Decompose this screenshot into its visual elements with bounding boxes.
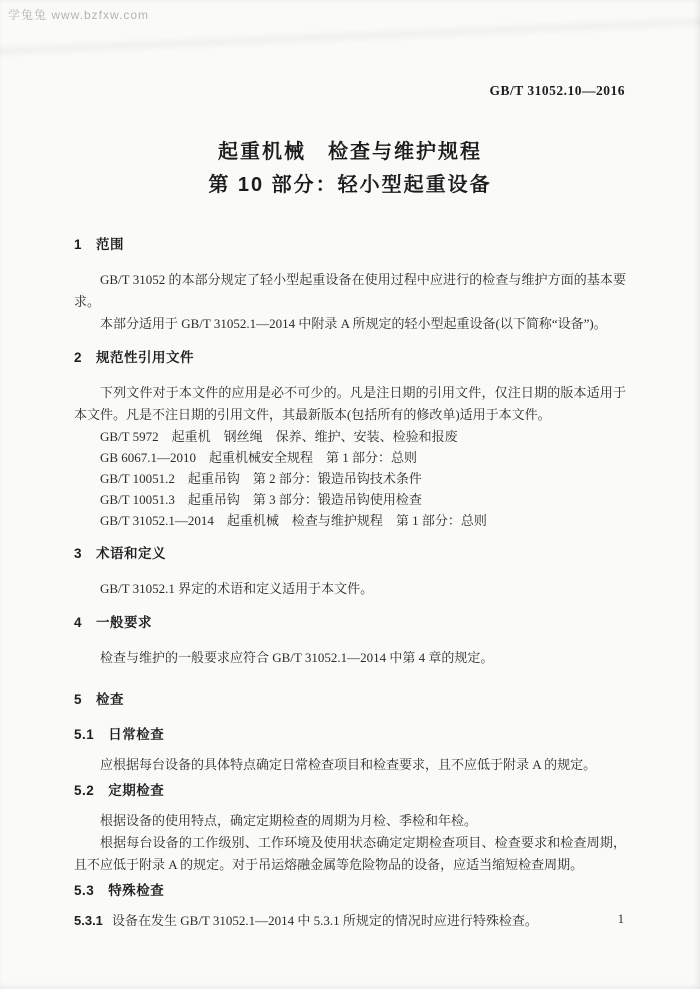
paragraph: 应根据每台设备的具体特点确定日常检查项目和检查要求，且不应低于附录 A 的规定。: [74, 754, 626, 776]
document-title: 起重机械 检查与维护规程 第 10 部分：轻小型起重设备: [0, 136, 700, 202]
subsection-heading-5-3-special: 5.3 特殊检查: [74, 880, 626, 902]
watermark: 学兔兔 www.bzfxw.com: [8, 6, 149, 23]
standard-number: GB/T 31052.10—2016: [489, 83, 625, 99]
clause-5-3-1: 5.3.1设备在发生 GB/T 31052.1—2014 中 5.3.1 所规定…: [74, 910, 626, 932]
document-body: 1 范围 GB/T 31052 的本部分规定了轻小型起重设备在使用过程中应进行的…: [74, 230, 626, 932]
document-title-line1: 起重机械 检查与维护规程: [0, 136, 700, 169]
document-title-line2: 第 10 部分：轻小型起重设备: [0, 169, 700, 202]
subsection-heading-5-2-periodic: 5.2 定期检查: [74, 780, 626, 802]
paragraph: 根据每台设备的工作级别、工作环境及使用状态确定定期检查项目、检查要求和检查周期，…: [74, 832, 626, 876]
page-number: 1: [618, 912, 624, 927]
paragraph: 检查与维护的一般要求应符合 GB/T 31052.1—2014 中第 4 章的规…: [74, 647, 626, 669]
section-heading-4-general: 4 一般要求: [74, 612, 626, 634]
paragraph: 下列文件对于本文件的应用是必不可少的。凡是注日期的引用文件，仅注日期的版本适用于…: [74, 382, 626, 426]
paragraph: 根据设备的使用特点，确定定期检查的周期为月检、季检和年检。: [74, 810, 626, 832]
section-heading-3-terms: 3 术语和定义: [74, 543, 626, 565]
section-heading-5-inspection: 5 检查: [74, 689, 626, 711]
reference-item: GB/T 10051.2 起重吊钩 第 2 部分：锻造吊钩技术条件: [74, 468, 626, 489]
reference-item: GB 6067.1—2010 起重机械安全规程 第 1 部分：总则: [74, 447, 626, 468]
subsection-heading-5-1-daily: 5.1 日常检查: [74, 724, 626, 746]
reference-item: GB/T 10051.3 起重吊钩 第 3 部分：锻造吊钩使用检查: [74, 489, 626, 510]
section-heading-2-references: 2 规范性引用文件: [74, 347, 626, 369]
reference-item: GB/T 31052.1—2014 起重机械 检查与维护规程 第 1 部分：总则: [74, 510, 626, 531]
document-page: 学兔兔 www.bzfxw.com GB/T 31052.10—2016 起重机…: [0, 0, 700, 989]
clause-number: 5.3.1: [74, 913, 103, 928]
paragraph: GB/T 31052 的本部分规定了轻小型起重设备在使用过程中应进行的检查与维护…: [74, 269, 626, 313]
paragraph: GB/T 31052.1 界定的术语和定义适用于本文件。: [74, 578, 626, 600]
section-heading-1-scope: 1 范围: [74, 234, 626, 256]
paragraph: 本部分适用于 GB/T 31052.1—2014 中附录 A 所规定的轻小型起重…: [74, 313, 626, 335]
clause-text: 设备在发生 GB/T 31052.1—2014 中 5.3.1 所规定的情况时应…: [112, 913, 538, 928]
reference-item: GB/T 5972 起重机 钢丝绳 保养、维护、安装、检验和报废: [74, 426, 626, 447]
